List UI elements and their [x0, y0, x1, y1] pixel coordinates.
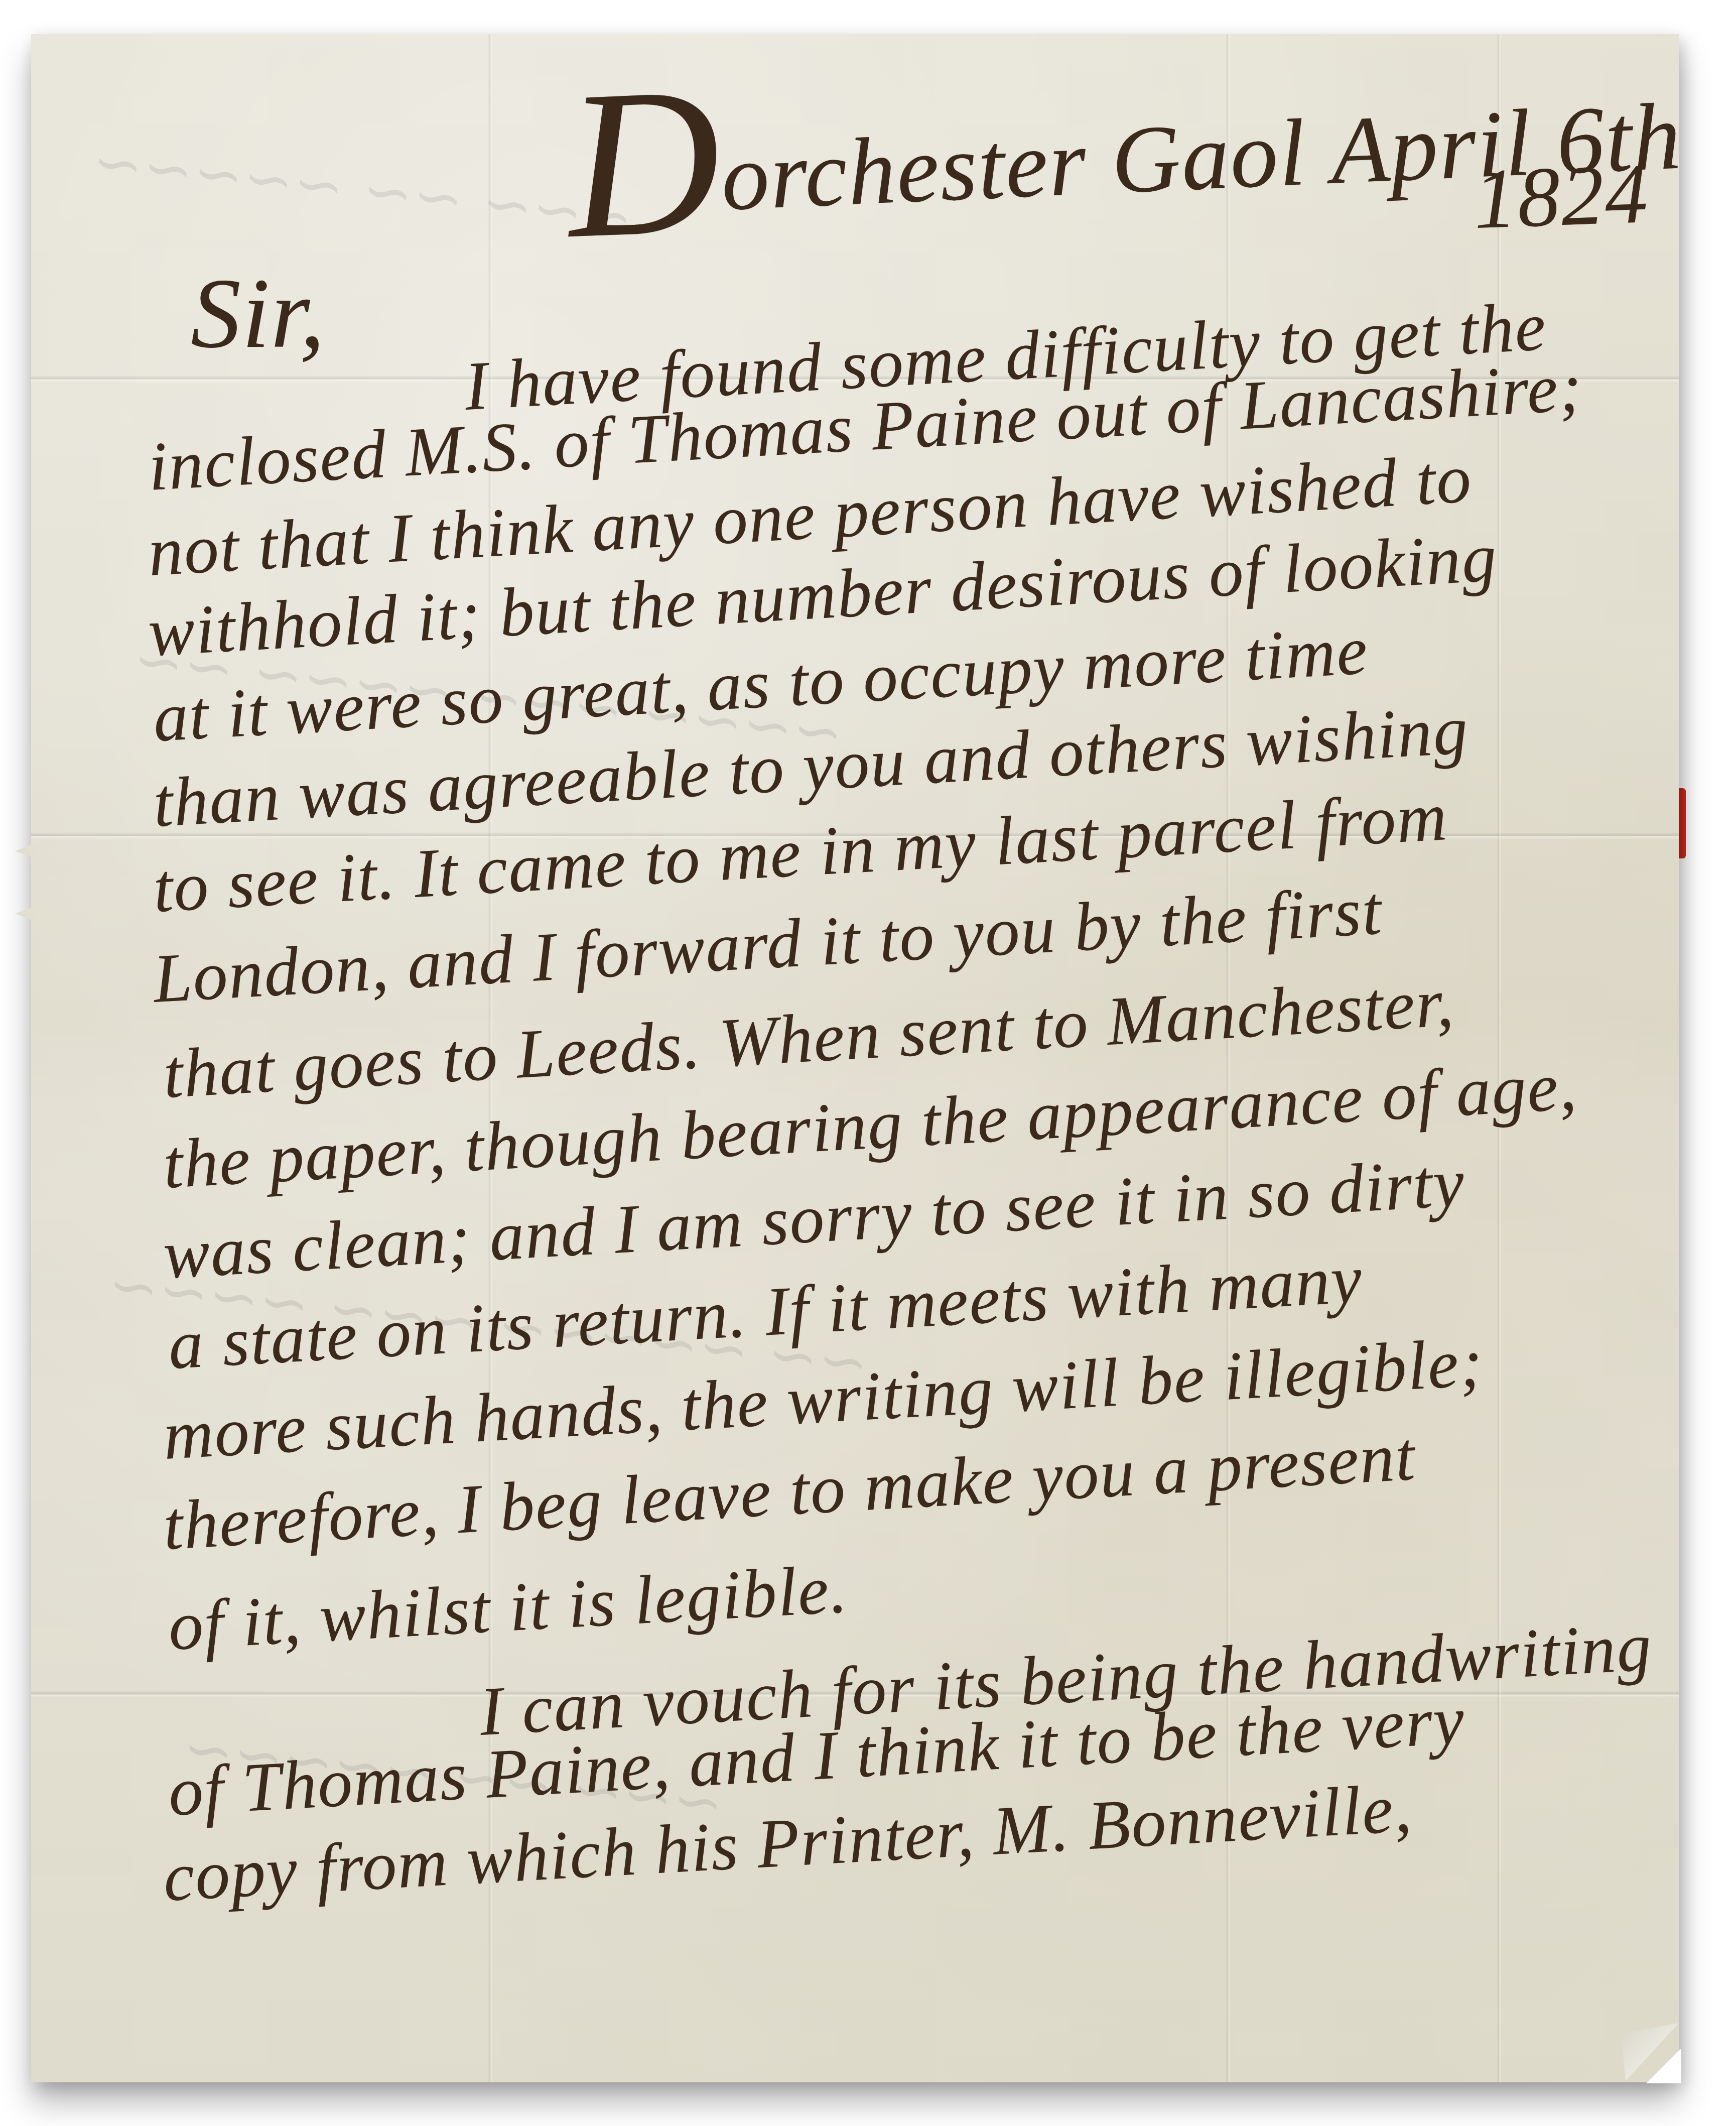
paper-tear: [15, 843, 35, 858]
bleed-through-text: ~~~ ~~ ~~~~~: [89, 127, 636, 253]
salutation: Sir,: [191, 256, 326, 371]
place-name: orchester Gaol: [719, 100, 1308, 231]
wax-seal-remnant: [1679, 788, 1686, 858]
paper-tear: [15, 906, 35, 921]
place-initial: D: [563, 42, 726, 282]
letter-year: 1824: [1472, 145, 1650, 248]
